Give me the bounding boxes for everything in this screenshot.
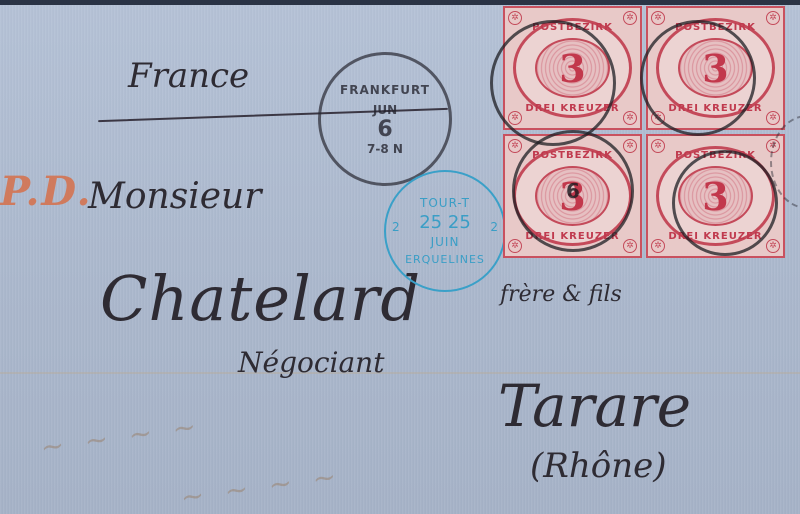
postmark-arc-top: TOUR-T xyxy=(420,196,470,210)
postmark-arc-bottom: ERQUELINES xyxy=(405,253,485,266)
stamp-cancellation: 6 xyxy=(512,130,634,252)
postmark-time: 7-8 N xyxy=(367,142,403,156)
stamp-cancellation xyxy=(672,150,778,256)
departure-postmark: FRANKFURT JUN 6 7-8 N xyxy=(318,52,452,186)
postmark-side-right: 2 xyxy=(490,220,498,234)
pd-mark: P.D. xyxy=(0,168,93,215)
addressee-name: Chatelard xyxy=(100,262,421,335)
entry-postmark: 2 2 TOUR-T 25 25 JUIN ERQUELINES xyxy=(384,170,506,292)
destination-region: (Rhône) xyxy=(530,446,667,486)
stamp-cancellation xyxy=(640,20,756,136)
cancellation-day: 6 xyxy=(566,179,580,203)
addressee-profession: Négociant xyxy=(238,346,384,379)
postmark-date: 25 25 xyxy=(419,212,471,233)
addressee-suffix: frère & fils xyxy=(500,282,622,307)
postmark-arc-top: FRANKFURT xyxy=(340,83,430,97)
postmark-month: JUIN xyxy=(431,235,460,249)
stamp-cancellation xyxy=(490,20,616,146)
destination-city: Tarare xyxy=(498,372,691,440)
postmark-day: 6 xyxy=(377,117,392,142)
salutation: Monsieur xyxy=(88,176,261,217)
destination-country: France xyxy=(128,56,249,96)
postmark-side-left: 2 xyxy=(392,220,400,234)
postmark-month: JUN xyxy=(373,103,397,117)
